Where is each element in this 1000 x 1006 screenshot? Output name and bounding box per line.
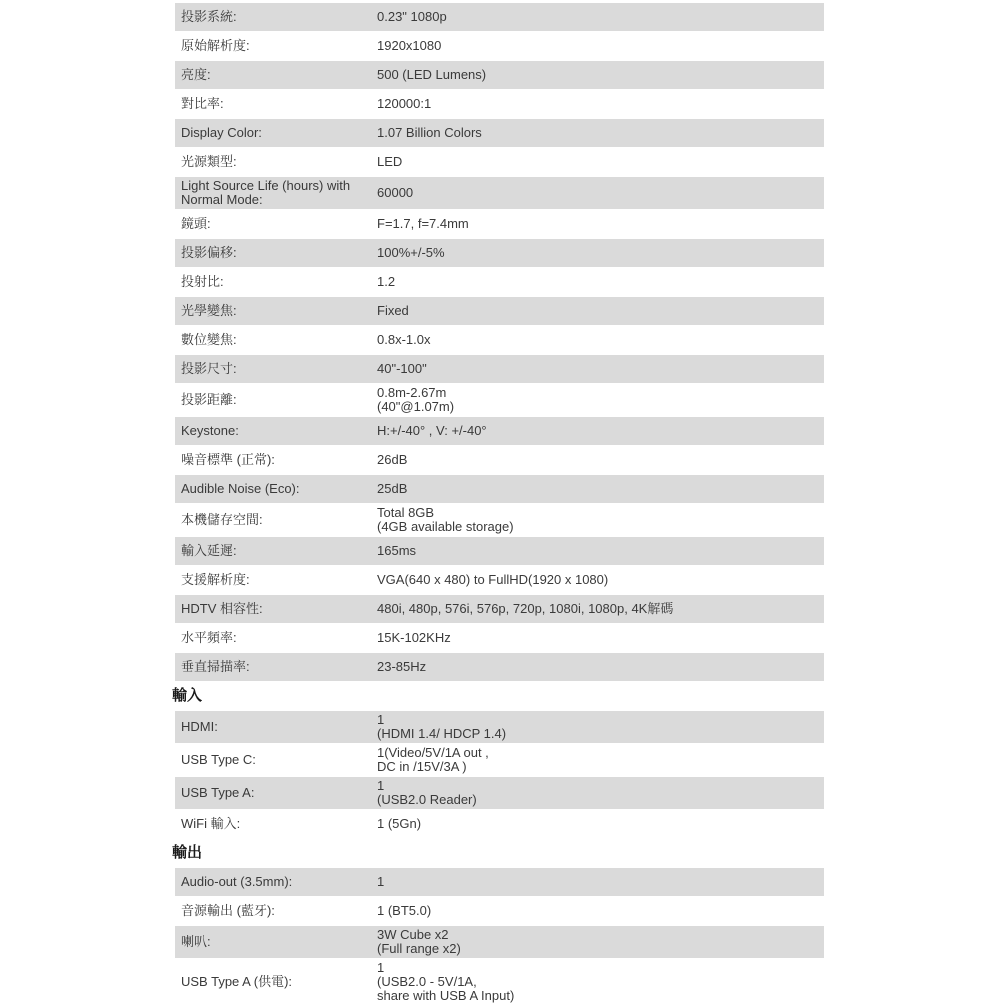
spec-label: 投射比: [181, 275, 377, 289]
spec-value: 3W Cube x2 (Full range x2) [377, 928, 816, 956]
spec-value: 500 (LED Lumens) [377, 68, 816, 82]
spec-label: 對比率: [181, 97, 377, 111]
spec-value: 1 (BT5.0) [377, 904, 816, 918]
spec-value: 1 (HDMI 1.4/ HDCP 1.4) [377, 713, 816, 741]
spec-value: 1920x1080 [377, 39, 816, 53]
spec-row: Display Color:1.07 Billion Colors [175, 119, 824, 147]
spec-row: 光學變焦:Fixed [175, 297, 824, 325]
spec-row: 亮度:500 (LED Lumens) [175, 61, 824, 89]
spec-row: 光源類型:LED [175, 148, 824, 176]
spec-value: H:+/-40° , V: +/-40° [377, 424, 816, 438]
spec-label: HDTV 相容性: [181, 602, 377, 616]
spec-row: 輸入延遲:165ms [175, 537, 824, 565]
spec-row: 喇叭:3W Cube x2 (Full range x2) [175, 926, 824, 958]
spec-label: 投影偏移: [181, 246, 377, 260]
spec-value: 1 [377, 875, 816, 889]
spec-label: 數位變焦: [181, 333, 377, 347]
spec-value: Fixed [377, 304, 816, 318]
spec-label: 亮度: [181, 68, 377, 82]
spec-row: Audible Noise (Eco):25dB [175, 475, 824, 503]
spec-value: 1 (USB2.0 - 5V/1A, share with USB A Inpu… [377, 961, 816, 1000]
spec-label: 音源輸出 (藍牙): [181, 904, 377, 918]
spec-value: LED [377, 155, 816, 169]
spec-label: WiFi 輸入: [181, 817, 377, 831]
spec-row: USB Type A (供電):1 (USB2.0 - 5V/1A, share… [175, 959, 824, 1000]
spec-value: 480i, 480p, 576i, 576p, 720p, 1080i, 108… [377, 602, 816, 616]
spec-value: 0.8x-1.0x [377, 333, 816, 347]
spec-value: 23-85Hz [377, 660, 816, 674]
spec-label: 支援解析度: [181, 573, 377, 587]
spec-row: 數位變焦:0.8x-1.0x [175, 326, 824, 354]
section-header-outputs: 輸出 [171, 839, 824, 868]
spec-value: 26dB [377, 453, 816, 467]
spec-row: 鏡頭:F=1.7, f=7.4mm [175, 210, 824, 238]
spec-value: 40"-100" [377, 362, 816, 376]
spec-label: 輸入延遲: [181, 544, 377, 558]
spec-label: 光學變焦: [181, 304, 377, 318]
spec-table: 投影系統:0.23" 1080p原始解析度:1920x1080亮度:500 (L… [171, 3, 824, 1000]
spec-label: Audio-out (3.5mm): [181, 875, 377, 889]
spec-label: USB Type A: [181, 786, 377, 800]
spec-row: 投影偏移:100%+/-5% [175, 239, 824, 267]
spec-row: USB Type C:1(Video/5V/1A out , DC in /15… [175, 744, 824, 776]
spec-label: 原始解析度: [181, 39, 377, 53]
spec-row: Audio-out (3.5mm):1 [175, 868, 824, 896]
spec-row: HDMI:1 (HDMI 1.4/ HDCP 1.4) [175, 711, 824, 743]
spec-value: 25dB [377, 482, 816, 496]
spec-row: 投影距離:0.8m-2.67m (40"@1.07m) [175, 384, 824, 416]
spec-row: 音源輸出 (藍牙):1 (BT5.0) [175, 897, 824, 925]
spec-label: 鏡頭: [181, 217, 377, 231]
spec-label: 垂直掃描率: [181, 660, 377, 674]
spec-label: 光源類型: [181, 155, 377, 169]
spec-label: 投影尺寸: [181, 362, 377, 376]
spec-value: 0.8m-2.67m (40"@1.07m) [377, 386, 816, 414]
spec-label: Audible Noise (Eco): [181, 482, 377, 496]
spec-row: 投影系統:0.23" 1080p [175, 3, 824, 31]
spec-row: Light Source Life (hours) with Normal Mo… [175, 177, 824, 209]
spec-label: USB Type C: [181, 753, 377, 767]
spec-value: F=1.7, f=7.4mm [377, 217, 816, 231]
spec-label: USB Type A (供電): [181, 975, 377, 989]
spec-value: VGA(640 x 480) to FullHD(1920 x 1080) [377, 573, 816, 587]
spec-value: 1 (USB2.0 Reader) [377, 779, 816, 807]
spec-row: 投射比:1.2 [175, 268, 824, 296]
spec-value: 15K-102KHz [377, 631, 816, 645]
spec-value: 0.23" 1080p [377, 10, 816, 24]
spec-value: 100%+/-5% [377, 246, 816, 260]
spec-row: 原始解析度:1920x1080 [175, 32, 824, 60]
spec-value: 1(Video/5V/1A out , DC in /15V/3A ) [377, 746, 816, 774]
spec-row: 支援解析度:VGA(640 x 480) to FullHD(1920 x 10… [175, 566, 824, 594]
spec-label: 本機儲存空間: [181, 513, 377, 527]
spec-value: 1.07 Billion Colors [377, 126, 816, 140]
spec-value: 1 (5Gn) [377, 817, 816, 831]
spec-row: Keystone:H:+/-40° , V: +/-40° [175, 417, 824, 445]
spec-row: WiFi 輸入:1 (5Gn) [175, 810, 824, 838]
spec-value: 1.2 [377, 275, 816, 289]
spec-row: HDTV 相容性:480i, 480p, 576i, 576p, 720p, 1… [175, 595, 824, 623]
spec-label: Display Color: [181, 126, 377, 140]
spec-label: 喇叭: [181, 935, 377, 949]
spec-row: 水平頻率:15K-102KHz [175, 624, 824, 652]
spec-value: Total 8GB (4GB available storage) [377, 506, 816, 534]
spec-row: USB Type A:1 (USB2.0 Reader) [175, 777, 824, 809]
spec-row: 本機儲存空間:Total 8GB (4GB available storage) [175, 504, 824, 536]
spec-label: 投影系統: [181, 10, 377, 24]
spec-label: 噪音標準 (正常): [181, 453, 377, 467]
section-header-inputs: 輸入 [171, 682, 824, 711]
spec-label: HDMI: [181, 720, 377, 734]
spec-label: Keystone: [181, 424, 377, 438]
spec-label: Light Source Life (hours) with Normal Mo… [181, 179, 377, 207]
spec-row: 投影尺寸:40"-100" [175, 355, 824, 383]
spec-value: 60000 [377, 186, 816, 200]
spec-label: 水平頻率: [181, 631, 377, 645]
spec-row: 噪音標準 (正常):26dB [175, 446, 824, 474]
spec-value: 120000:1 [377, 97, 816, 111]
spec-label: 投影距離: [181, 393, 377, 407]
spec-row: 對比率:120000:1 [175, 90, 824, 118]
spec-value: 165ms [377, 544, 816, 558]
spec-row: 垂直掃描率:23-85Hz [175, 653, 824, 681]
